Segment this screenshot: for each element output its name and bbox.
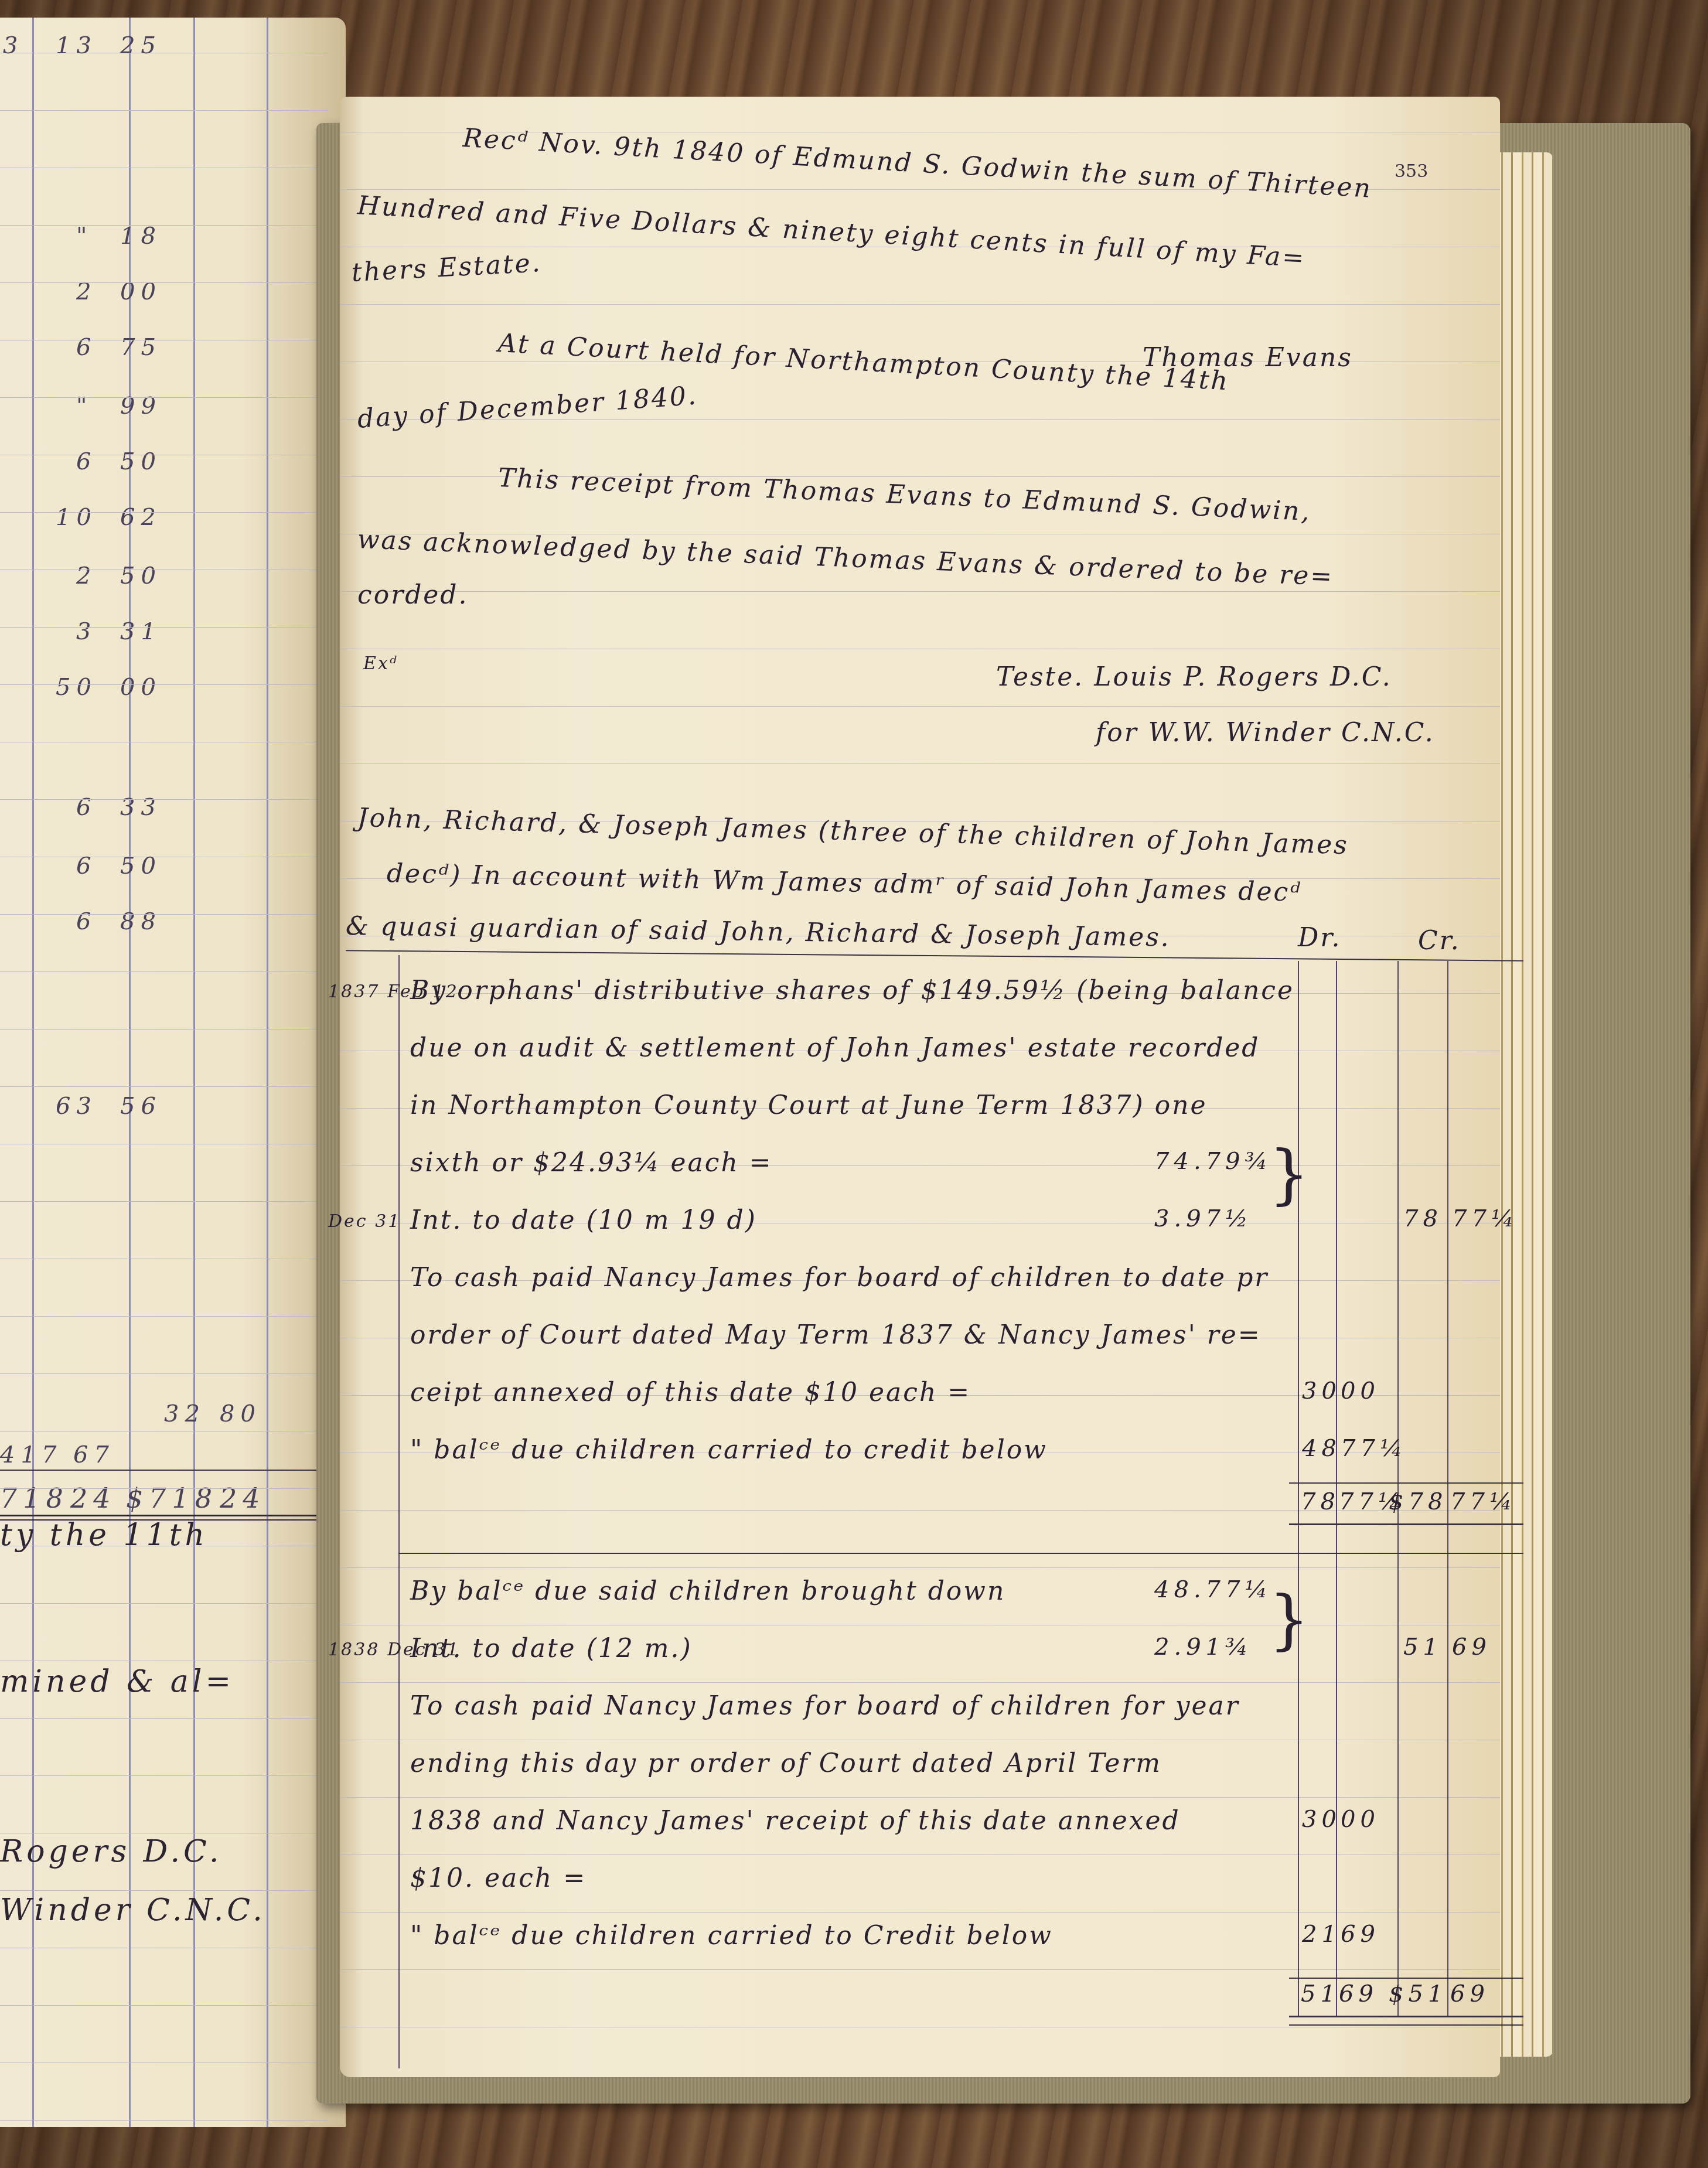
- left-ruled-line: [0, 168, 328, 168]
- left-ruled-line: [0, 53, 328, 53]
- left-ruled-line: [0, 914, 328, 915]
- left-amount-dollars: 10: [56, 504, 97, 531]
- left-ruled-line: [0, 742, 328, 742]
- left-ruled-line: [0, 225, 328, 226]
- left-second-col-dollars: 32: [164, 1400, 206, 1427]
- left-ruled-line: [0, 512, 328, 513]
- entry-text: By balᶜᵉ due said children brought down: [410, 1576, 1005, 1606]
- entry-text: Int. to date (12 m.): [410, 1634, 693, 1664]
- left-ruled-line: [0, 1948, 328, 1948]
- entry-text: Int. to date (10 m 19 d): [410, 1205, 757, 1235]
- left-total-dollars: 718: [0, 1482, 69, 1514]
- left-ruled-line: [0, 1546, 328, 1546]
- section2-total-debit-cents: 69: [1339, 1980, 1378, 2007]
- left-ruled-line: [0, 397, 328, 398]
- left-ruled-line: [0, 2005, 328, 2006]
- teste-signature: Teste. Louis P. Rogers D.C.: [996, 662, 1392, 692]
- left-ruled-line: [0, 1833, 328, 1833]
- left-amount-dollars: 6: [76, 908, 97, 935]
- left-subtotal-dollars: 417: [0, 1441, 62, 1468]
- left-amount-dollars: 6: [76, 334, 97, 361]
- left-ruled-line: [0, 1259, 328, 1259]
- left-ruled-line: [0, 110, 328, 111]
- left-amount-cents: 25: [120, 32, 162, 59]
- left-amount-dollars: 50: [56, 674, 97, 701]
- left-fragment: mined & al=: [0, 1664, 234, 1699]
- exd-mark: Exᵈ: [363, 653, 398, 674]
- left-fragment: ty the 11th: [0, 1518, 208, 1553]
- left-total2-cents: 24: [220, 1482, 266, 1514]
- entry-debit-cents: 00: [1341, 1378, 1380, 1405]
- entry-debit-dollars: 48: [1302, 1435, 1341, 1462]
- left-amount-dollars: 2: [76, 563, 97, 589]
- entry-inline-amount: 3.97½: [1154, 1205, 1253, 1232]
- left-amount-cents: 88: [120, 908, 162, 935]
- left-fragment: Winder C.N.C.: [0, 1893, 266, 1928]
- entry-text: due on audit & settlement of John James'…: [410, 1033, 1260, 1063]
- left-amount-cents: 75: [120, 334, 162, 361]
- ruled-line: [340, 649, 1500, 649]
- page-number: 353: [1395, 161, 1428, 182]
- left-subtotal-cents: 67: [73, 1441, 115, 1468]
- left-ruled-line: [0, 1775, 328, 1776]
- left-ruled-line: [0, 1603, 328, 1604]
- entry-text: By orphans' distributive shares of $149.…: [410, 976, 1294, 1005]
- ruled-line: [340, 1625, 1500, 1625]
- left-amount-dollars: 63: [56, 1093, 97, 1120]
- left-ruled-line: [0, 2063, 328, 2063]
- entry-text: To cash paid Nancy James for board of ch…: [410, 1691, 1240, 1721]
- section1-total-credit-cents: 77¼: [1450, 1488, 1517, 1515]
- teste-for: for W.W. Winder C.N.C.: [1096, 718, 1435, 748]
- left-amount-dollars: ": [76, 393, 93, 420]
- entry-credit-cents: 77¼: [1452, 1205, 1519, 1232]
- left-fragment: Rogers D.C.: [0, 1834, 222, 1869]
- section2-total-credit-dollars: $51: [1389, 1980, 1447, 2007]
- section1-subtotal-rule: [1289, 1482, 1523, 1484]
- left-ruled-line: [0, 282, 328, 283]
- left-ruled-line: [0, 1029, 328, 1030]
- entry-text: in Northampton County Court at June Term…: [410, 1090, 1208, 1120]
- entry-text: sixth or $24.93¼ each =: [410, 1148, 773, 1178]
- left-ruled-line: [0, 1890, 328, 1891]
- entry-credit-dollars: 51: [1403, 1634, 1443, 1661]
- ruled-line: [340, 763, 1500, 764]
- brace-bracket: }: [1269, 1137, 1310, 1212]
- left-total2-dollars: $718: [126, 1482, 218, 1514]
- left-amount-dollars: 3: [76, 618, 97, 645]
- left-ruled-line: [0, 2120, 328, 2121]
- entry-date: Dec 31: [328, 1211, 401, 1232]
- entry-text: order of Court dated May Term 1837 & Nan…: [410, 1320, 1262, 1350]
- left-amount-dollars: ": [76, 223, 93, 250]
- left-subtotal-rule: [0, 1470, 328, 1471]
- entry-text: To cash paid Nancy James for board of ch…: [410, 1263, 1269, 1293]
- left-ruled-line: [0, 1488, 328, 1489]
- entry-debit-dollars: 21: [1302, 1921, 1341, 1948]
- credit-column-header: Cr.: [1418, 926, 1461, 956]
- ruled-line: [340, 1797, 1500, 1798]
- debit-left-rule: [1298, 961, 1299, 2016]
- entry-inline-amount: 74.79¾: [1154, 1148, 1272, 1175]
- ruled-line: [340, 2027, 1500, 2027]
- left-ruled-line: [0, 1316, 328, 1317]
- entry-inline-amount: 48.77¼: [1154, 1576, 1272, 1603]
- left-amount-cents: 18: [120, 223, 162, 250]
- margin-mark: 3: [3, 32, 23, 59]
- brace-bracket: }: [1269, 1582, 1310, 1657]
- left-ruled-line: [0, 627, 328, 628]
- section2-total-double-rule: [1289, 2024, 1523, 2026]
- left-total-cents: 24: [70, 1482, 117, 1514]
- left-ruled-line: [0, 1144, 328, 1144]
- left-page: 3 1325"18200675"996501062250331500063365…: [0, 18, 346, 2127]
- entry-text: " balᶜᵉ due children carried to Credit b…: [410, 1921, 1053, 1951]
- ruled-line: [340, 304, 1500, 305]
- left-page-column-rule: [32, 18, 34, 2127]
- debit-column-header: Dr.: [1298, 923, 1341, 953]
- left-total-double-rule: [0, 1515, 328, 1516]
- left-amount-cents: 62: [120, 504, 162, 531]
- left-ruled-line: [0, 455, 328, 455]
- left-amount-dollars: 6: [76, 448, 97, 475]
- left-second-col-cents: 80: [220, 1400, 261, 1427]
- entry-text: 1838 and Nancy James' receipt of this da…: [410, 1806, 1181, 1836]
- left-ruled-line: [0, 857, 328, 857]
- entry-text: " balᶜᵉ due children carried to credit b…: [410, 1435, 1048, 1465]
- left-ruled-line: [0, 799, 328, 800]
- section2-subtotal-rule: [1289, 1978, 1523, 1979]
- left-ruled-line: [0, 1431, 328, 1431]
- left-amount-cents: 50: [120, 563, 162, 589]
- entry-text: ceipt annexed of this date $10 each =: [410, 1378, 971, 1407]
- entry-credit-cents: 69: [1452, 1634, 1491, 1661]
- entry-text: ending this day pr order of Court dated …: [410, 1748, 1162, 1778]
- left-amount-dollars: 13: [56, 32, 97, 59]
- ruled-line: [340, 706, 1500, 707]
- left-ruled-line: [0, 570, 328, 570]
- ruled-line: [340, 1567, 1500, 1568]
- section2-total-credit-cents: 69: [1450, 1980, 1489, 2007]
- left-ruled-line: [0, 1373, 328, 1374]
- entry-text: $10. each =: [410, 1863, 587, 1893]
- section2-total-debit-dollars: 51: [1301, 1980, 1340, 2007]
- entry-credit-dollars: 78: [1403, 1205, 1443, 1232]
- left-amount-cents: 50: [120, 448, 162, 475]
- left-ruled-line: [0, 1086, 328, 1087]
- left-page-column-rule: [193, 18, 195, 2127]
- left-ruled-line: [0, 1661, 328, 1661]
- section-divider: [398, 1553, 1523, 1554]
- left-ruled-line: [0, 1201, 328, 1202]
- entry-debit-cents: 69: [1341, 1921, 1380, 1948]
- entry-debit-dollars: 30: [1302, 1806, 1341, 1833]
- left-amount-cents: 31: [120, 618, 162, 645]
- left-amount-dollars: 6: [76, 794, 97, 821]
- left-amount-cents: 99: [120, 393, 162, 420]
- date-column-rule: [398, 955, 400, 2068]
- section1-total-credit-dollars: $78: [1389, 1488, 1447, 1515]
- left-ruled-line: [0, 971, 328, 972]
- entry-debit-cents: 00: [1341, 1806, 1380, 1833]
- entry-debit-dollars: 30: [1302, 1378, 1341, 1405]
- left-amount-cents: 33: [120, 794, 162, 821]
- ruled-line: [340, 1912, 1500, 1913]
- ruled-line: [340, 1969, 1500, 1970]
- left-page-column-rule: [267, 18, 268, 2127]
- entry-debit-cents: 77¼: [1341, 1435, 1407, 1462]
- ruled-line: [340, 1740, 1500, 1740]
- left-amount-cents: 56: [120, 1093, 162, 1120]
- section1-total-rule: [1289, 1523, 1523, 1525]
- entry-inline-amount: 2.91¾: [1154, 1634, 1253, 1661]
- ruled-line: [340, 1855, 1500, 1855]
- section1-total-debit-dollars: 78: [1301, 1488, 1340, 1515]
- left-ruled-line: [0, 684, 328, 685]
- left-ruled-line: [0, 340, 328, 340]
- section2-total-rule: [1289, 2016, 1523, 2017]
- left-amount-cents: 00: [120, 674, 162, 701]
- left-ruled-line: [0, 1718, 328, 1719]
- ruled-line: [340, 1682, 1500, 1683]
- court-line: corded.: [357, 580, 469, 610]
